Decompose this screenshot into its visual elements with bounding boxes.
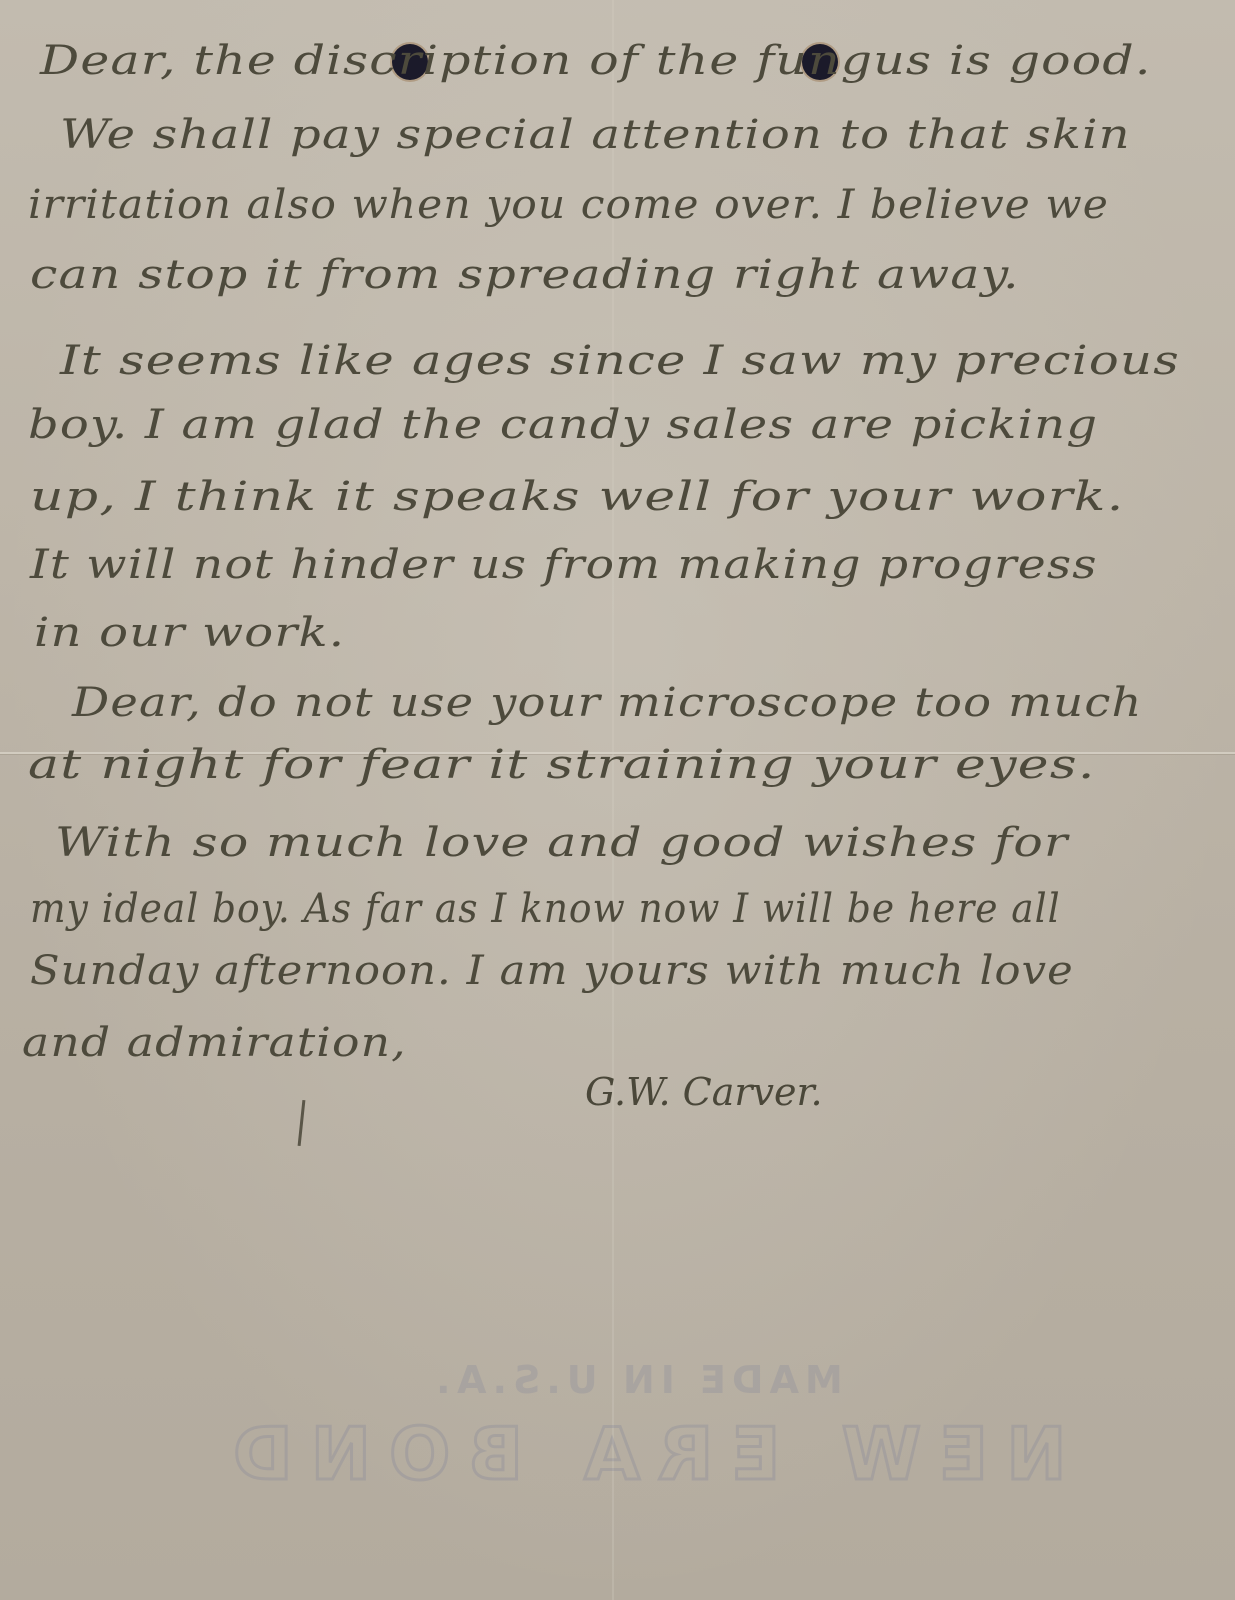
letter-line-8: It will not hinder us from making progre… [30, 542, 1098, 588]
signature: G.W. Carver. [585, 1070, 823, 1114]
letter-line-11: at night for fear it straining your eyes… [28, 742, 1096, 788]
letter-line-1: Dear, the discription of the fungus is g… [40, 38, 1152, 84]
letter-line-3: irritation also when you come over. I be… [28, 182, 1109, 228]
letter-line-2: We shall pay special attention to that s… [60, 112, 1131, 158]
letter-line-5: It seems like ages since I saw my precio… [60, 338, 1180, 384]
letter-page: Dear, the discription of the fungus is g… [0, 0, 1235, 1600]
letter-line-6: boy. I am glad the candy sales are picki… [28, 402, 1098, 448]
ink-stroke-mark [298, 1100, 306, 1146]
watermark-made-in-usa: MADE IN U.S.A. [430, 1358, 843, 1402]
letter-line-13: my ideal boy. As far as I know now I wil… [30, 886, 1061, 932]
letter-line-12: With so much love and good wishes for [55, 820, 1069, 866]
letter-line-14: Sunday afternoon. I am yours with much l… [30, 948, 1074, 994]
letter-line-9: in our work. [34, 610, 345, 656]
letter-line-7: up, I think it speaks well for your work… [30, 474, 1125, 520]
watermark-brand-name: NEW ERA BOND [215, 1412, 1066, 1496]
letter-line-4: can stop it from spreading right away. [30, 252, 1020, 298]
letter-line-15: and admiration, [22, 1020, 407, 1066]
letter-line-10: Dear, do not use your microscope too muc… [72, 680, 1143, 726]
